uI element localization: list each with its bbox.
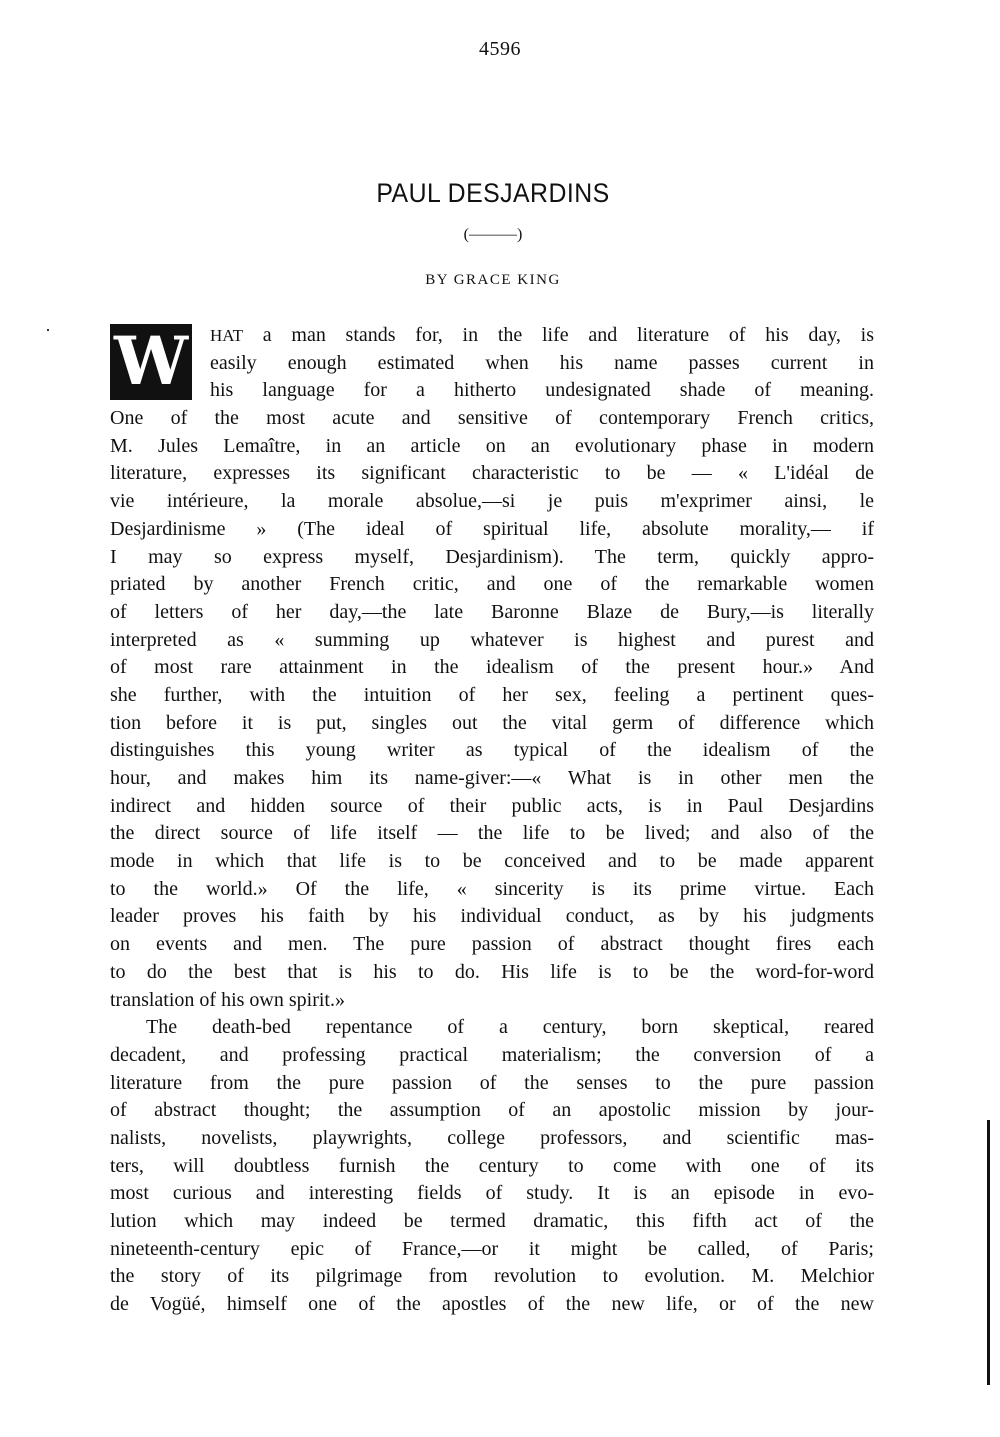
page-number: 4596 [0, 38, 1000, 61]
text-line: tion before it is put, singles out the v… [110, 710, 874, 738]
opening-paragraph: W HAT a man stands for, in the life and … [110, 322, 874, 1014]
text-line: to do the best that is his to do. His li… [110, 959, 874, 987]
text-line: of letters of her day,—the late Baronne … [110, 599, 874, 627]
text-line: indirect and hidden source of their publ… [110, 793, 874, 821]
text-line: One of the most acute and sensitive of c… [110, 405, 874, 433]
text-line: nineteenth-century epic of France,—or it… [110, 1236, 874, 1264]
margin-mark [47, 329, 49, 331]
first-word-smallcaps: HAT [210, 326, 243, 345]
text-line: lution which may indeed be termed dramat… [110, 1208, 874, 1236]
text-line: priated by another French critic, and on… [110, 571, 874, 599]
text-line: literature, expresses its significant ch… [110, 460, 874, 488]
text-line: HAT a man stands for, in the life and li… [110, 322, 874, 350]
text-line: The death-bed repentance of a century, b… [110, 1014, 874, 1042]
text-line: she further, with the intuition of her s… [110, 682, 874, 710]
text-line: easily enough estimated when his name pa… [110, 350, 874, 378]
text-line: of most rare attainment in the idealism … [110, 654, 874, 682]
text-line: the story of its pilgrimage from revolut… [110, 1263, 874, 1291]
text-line: interpreted as « summing up whatever is … [110, 627, 874, 655]
text-line: hour, and makes him its name-giver:—« Wh… [110, 765, 874, 793]
text-line: mode in which that life is to be conceiv… [110, 848, 874, 876]
text-line: on events and men. The pure passion of a… [110, 931, 874, 959]
byline: BY GRACE KING [0, 272, 986, 289]
text-line: Desjardinisme » (The ideal of spiritual … [110, 516, 874, 544]
article-title: PAUL DESJARDINS [39, 178, 946, 209]
life-dates: (———) [0, 226, 986, 244]
text-line: leader proves his faith by his individua… [110, 903, 874, 931]
text-line: the direct source of life itself — the l… [110, 820, 874, 848]
text-segment: a man stands for, in the life and litera… [243, 324, 874, 346]
text-line: decadent, and professing practical mater… [110, 1042, 874, 1070]
text-line: vie intérieure, la morale absolue,—si je… [110, 488, 874, 516]
text-line: literature from the pure passion of the … [110, 1070, 874, 1098]
text-line: to the world.» Of the life, « sincerity … [110, 876, 874, 904]
text-line: de Vogüé, himself one of the apostles of… [110, 1291, 874, 1319]
text-line: I may so express myself, Desjardinism). … [110, 544, 874, 572]
second-paragraph: The death-bed repentance of a century, b… [110, 1014, 874, 1319]
text-line: M. Jules Lemaître, in an article on an e… [110, 433, 874, 461]
text-line: nalists, novelists, playwrights, college… [110, 1125, 874, 1153]
text-line: of abstract thought; the assumption of a… [110, 1097, 874, 1125]
scan-edge-rule [987, 1120, 990, 1385]
text-line: distinguishes this young writer as typic… [110, 737, 874, 765]
text-line: most curious and interesting fields of s… [110, 1180, 874, 1208]
ornamental-dropcap-w: W [110, 324, 192, 400]
text-line: translation of his own spirit.» [110, 987, 874, 1015]
text-line: ters, will doubtless furnish the century… [110, 1153, 874, 1181]
text-line: his language for a hitherto undesignated… [110, 377, 874, 405]
article-body: W HAT a man stands for, in the life and … [110, 322, 874, 1319]
